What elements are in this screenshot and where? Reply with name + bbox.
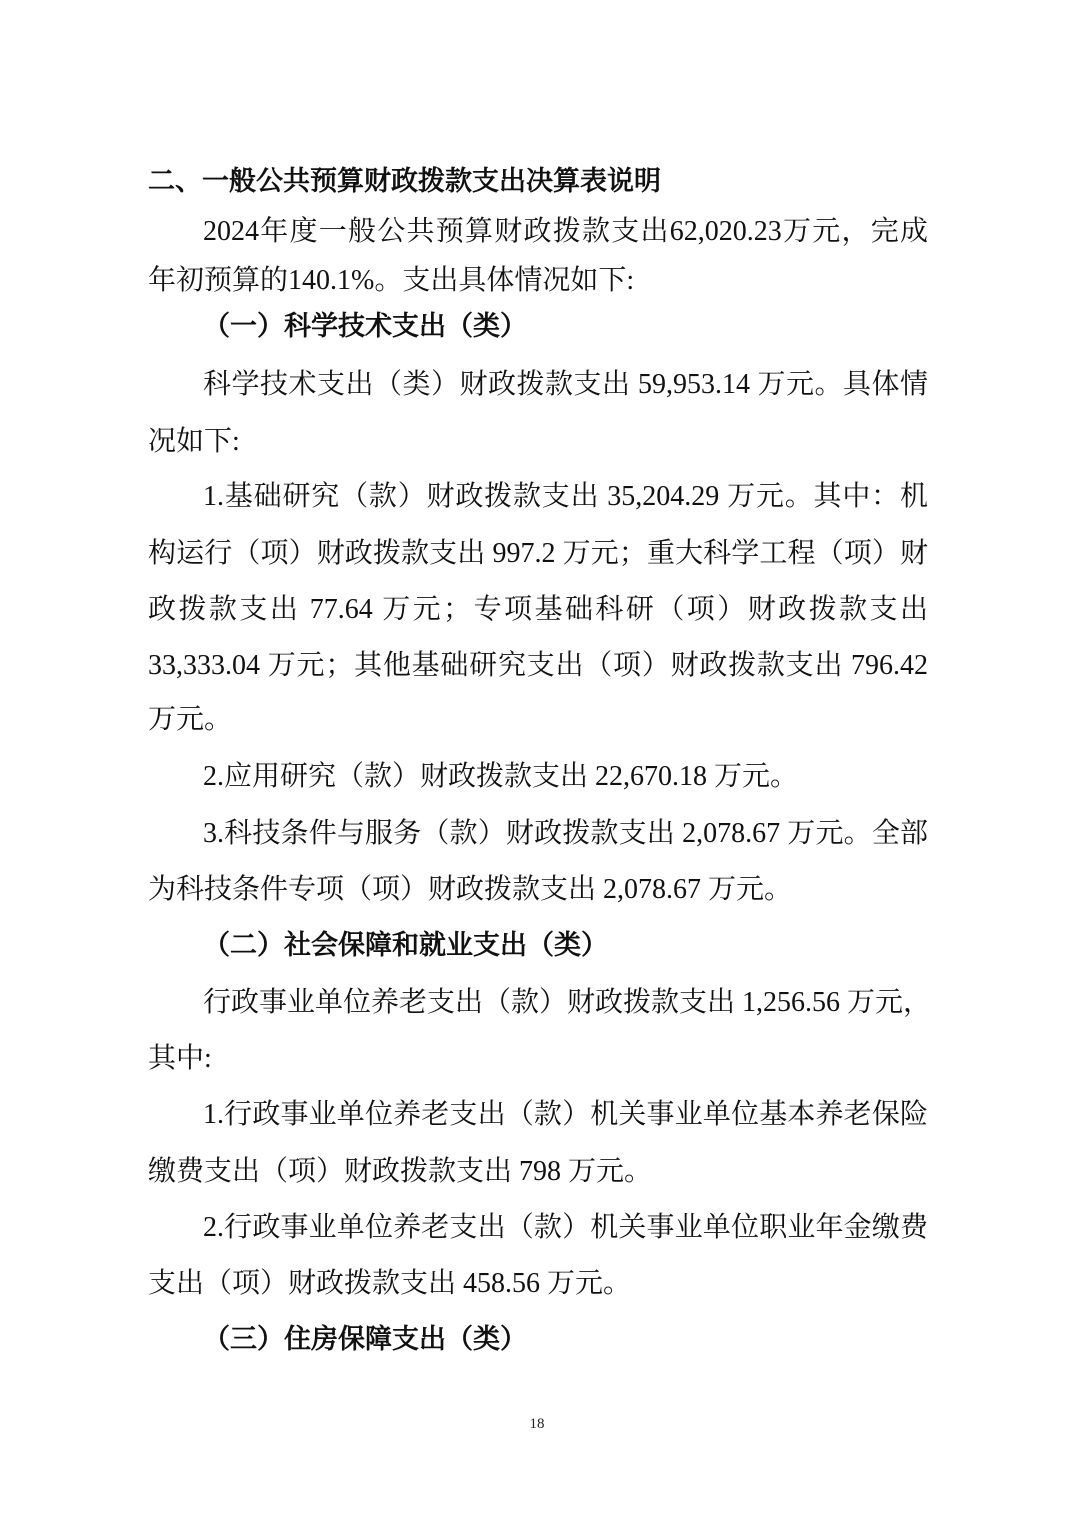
paragraph-line: 科学技术支出（类）财政拨款支出 59,953.14 万元。具体情	[203, 367, 928, 403]
page-number: 18	[0, 1416, 1074, 1433]
intro-line-2: 年初预算的140.1%。支出具体情况如下:	[148, 263, 928, 299]
paragraph-line: 33,333.04 万元；其他基础研究支出（项）财政拨款支出 796.42	[148, 648, 928, 684]
subsection-heading-2: （二）社会保障和就业支出（类）	[203, 928, 928, 964]
paragraph-line: 支出（项）财政拨款支出 458.56 万元。	[148, 1266, 928, 1302]
section-title: 二、一般公共预算财政拨款支出决算表说明	[148, 164, 928, 200]
paragraph-line: 为科技条件专项（项）财政拨款支出 2,078.67 万元。	[148, 872, 928, 908]
paragraph-line: 缴费支出（项）财政拨款支出 798 万元。	[148, 1154, 928, 1190]
paragraph-line: 政拨款支出 77.64 万元；专项基础科研（项）财政拨款支出	[148, 592, 928, 628]
paragraph-line: 1.行政事业单位养老支出（款）机关事业单位基本养老保险	[203, 1097, 928, 1133]
paragraph-line: 况如下:	[148, 424, 928, 460]
document-page: 二、一般公共预算财政拨款支出决算表说明 2024年度一般公共预算财政拨款支出62…	[0, 0, 1074, 1520]
paragraph-line: 其中:	[148, 1041, 928, 1077]
paragraph-line: 1.基础研究（款）财政拨款支出 35,204.29 万元。其中：机	[203, 479, 928, 515]
paragraph-line: 构运行（项）财政拨款支出 997.2 万元；重大科学工程（项）财	[148, 536, 928, 572]
paragraph-line: 3.科技条件与服务（款）财政拨款支出 2,078.67 万元。全部	[203, 816, 928, 852]
paragraph-line: 万元。	[148, 702, 928, 738]
subsection-heading-3: （三）住房保障支出（类）	[203, 1322, 928, 1358]
paragraph-line: 2.应用研究（款）财政拨款支出 22,670.18 万元。	[203, 759, 928, 795]
paragraph-line: 2.行政事业单位养老支出（款）机关事业单位职业年金缴费	[203, 1210, 928, 1246]
paragraph-line: 行政事业单位养老支出（款）财政拨款支出 1,256.56 万元，	[203, 985, 928, 1021]
intro-line-1: 2024年度一般公共预算财政拨款支出62,020.23万元，完成	[203, 214, 928, 250]
subsection-heading-1: （一）科学技术支出（类）	[203, 309, 928, 345]
